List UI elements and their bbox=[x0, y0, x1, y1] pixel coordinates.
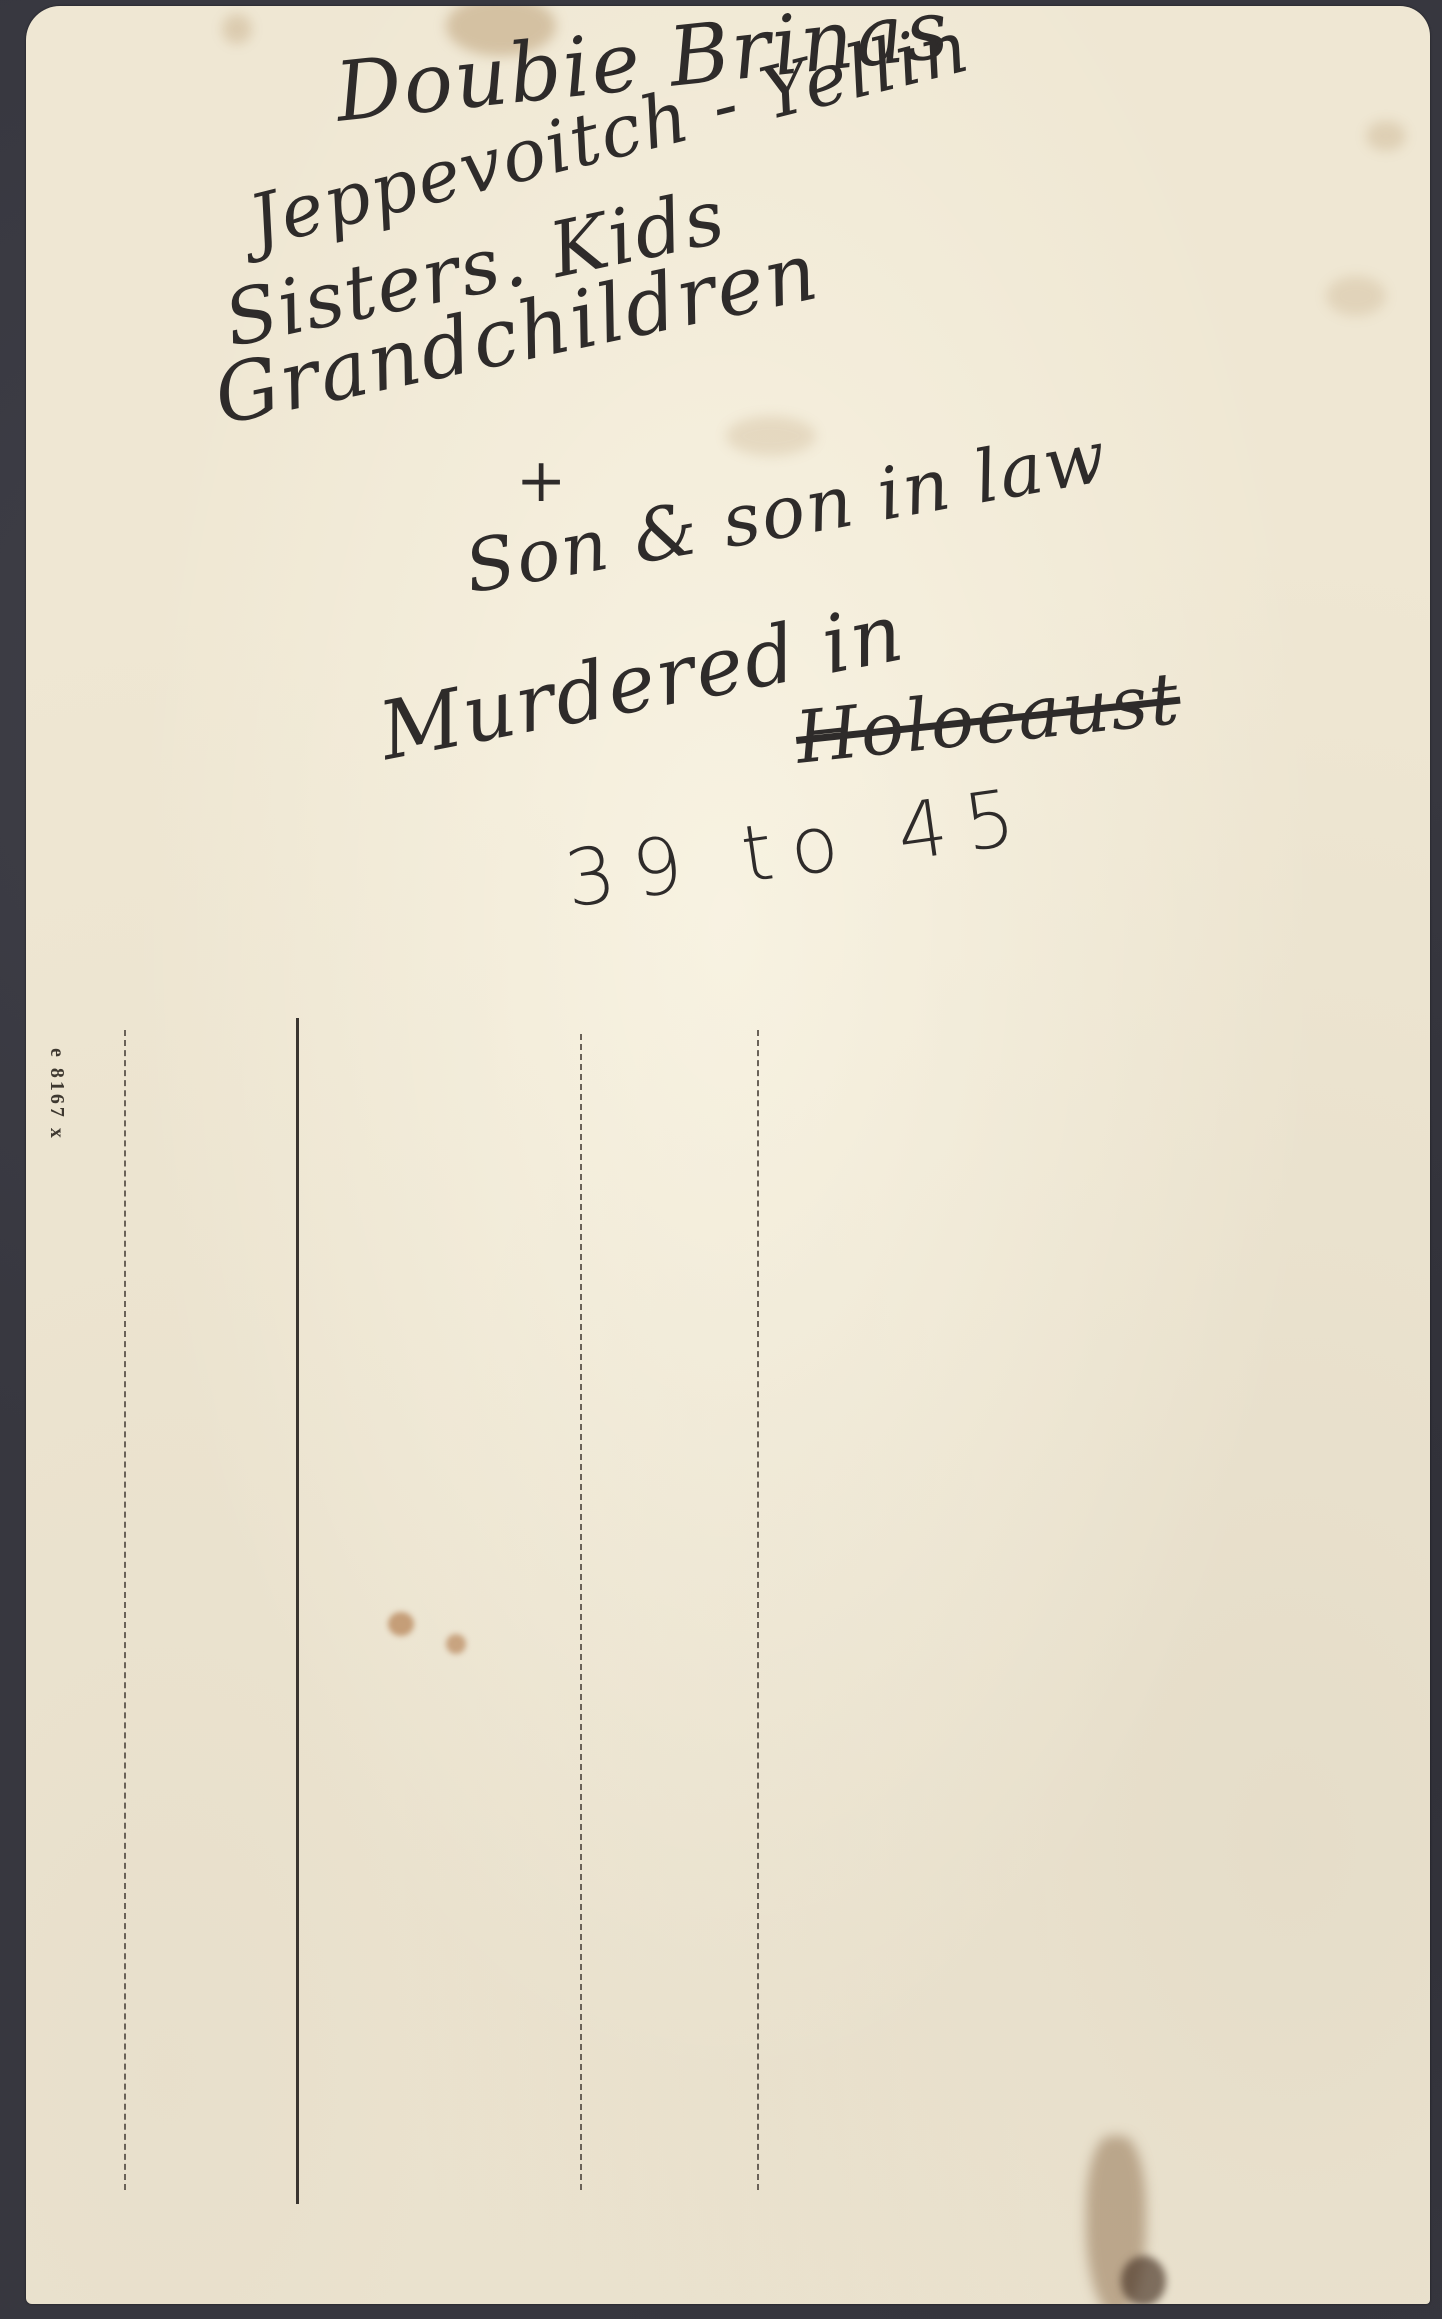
postcard-back: Doubie Brinas Jeppevoitch - Yellin Siste… bbox=[26, 6, 1430, 2304]
stain-top-small bbox=[222, 14, 252, 44]
stain-spot-1 bbox=[388, 1612, 414, 1636]
stain-middle bbox=[726, 416, 816, 456]
stain-upper-right bbox=[1366, 121, 1406, 151]
handwritten-years: 39 to 45 bbox=[560, 771, 1038, 926]
printed-card-code: e 8167 x bbox=[45, 1048, 68, 1141]
stain-bottom-dark bbox=[1121, 2256, 1166, 2304]
dashed-guide-left bbox=[124, 1030, 126, 2190]
handwritten-plus: + bbox=[516, 446, 568, 516]
divider-line bbox=[296, 1018, 299, 2204]
dashed-guide-right bbox=[757, 1030, 759, 2190]
dashed-guide-middle bbox=[580, 1034, 582, 2190]
stain-right-mid bbox=[1326, 276, 1386, 316]
stain-spot-2 bbox=[446, 1634, 466, 1654]
